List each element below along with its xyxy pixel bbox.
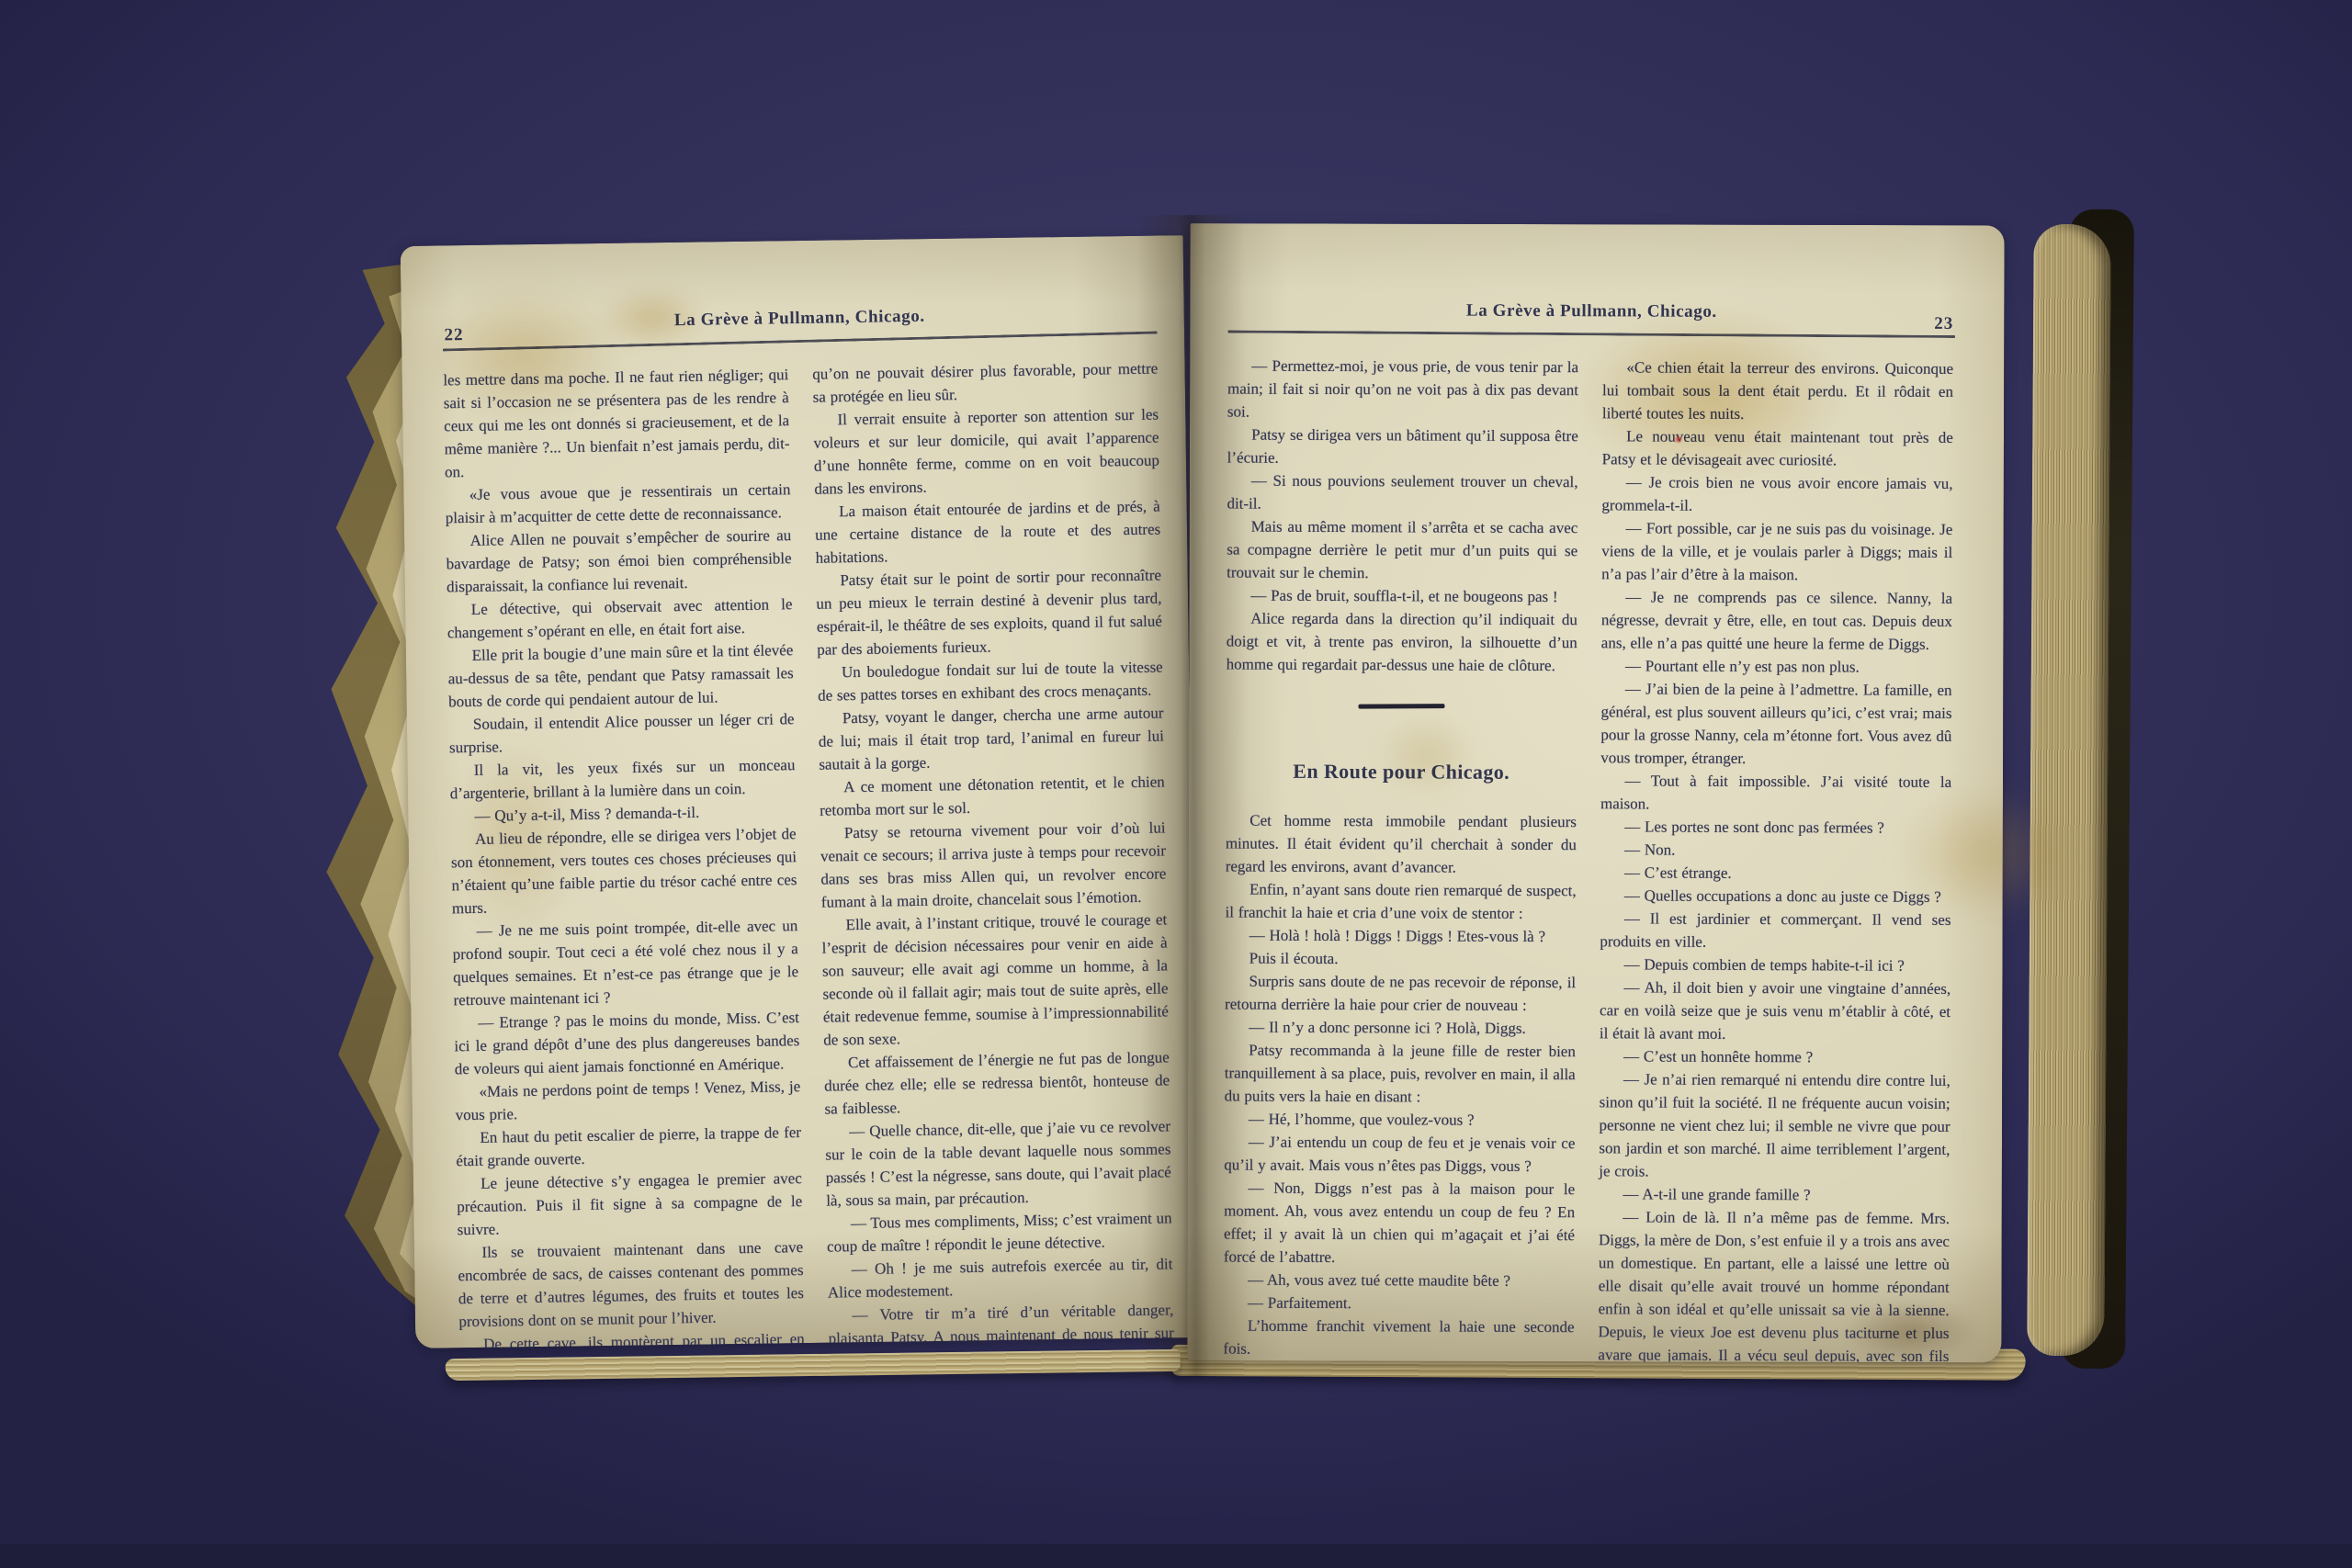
paragraph: En haut du petit escalier de pierre, la …: [456, 1121, 802, 1172]
red-ink-dot: [1674, 435, 1682, 444]
page-23: La Grève à Pullmann, Chicago. 23 — Perme…: [1187, 223, 2004, 1362]
paragraph: — Ah, il doit bien y avoir une vingtaine…: [1600, 976, 1951, 1046]
paragraph: Alice regarda dans la direction qu’il in…: [1227, 607, 1577, 678]
paragraph: Soudain, il entendit Alice pousser un lé…: [448, 707, 795, 759]
paragraph: — Pourtant elle n’y est pas non plus.: [1601, 654, 1952, 679]
paragraph: — Quelles occupations a donc au juste ce…: [1600, 884, 1951, 908]
paragraph: Patsy était sur le point de sortir pour …: [816, 563, 1163, 660]
paragraph: — Les portes ne sont donc pas fermées ?: [1600, 815, 1951, 840]
paragraph: Le nouveau venu était maintenant tout pr…: [1602, 424, 1953, 472]
paragraph: — Non, Diggs n’est pas à la maison pour …: [1224, 1177, 1575, 1270]
paragraph: Patsy se retourna vivement pour voir d’o…: [820, 816, 1167, 913]
paragraph: — Je ne comprends pas ce silence. Nanny,…: [1601, 585, 1952, 656]
section-divider-line: [1358, 704, 1444, 709]
paragraph: «Ce chien était la terreur des environs.…: [1602, 355, 1953, 426]
photo-of-open-book: { "colors":{ "background":"#34325b", "pa…: [0, 0, 2352, 1568]
paragraph: Patsy recommanda à la jeune fille de res…: [1225, 1039, 1576, 1110]
paragraph: «Mais ne perdons point de temps ! Venez,…: [455, 1075, 801, 1126]
paragraph: — Pas de bruit, souffla-t-il, et ne boug…: [1227, 584, 1577, 609]
paragraph: Surpris sans doute de ne pas recevoir de…: [1225, 970, 1576, 1018]
paragraph: — Etrange ? pas le moins du monde, Miss.…: [454, 1006, 800, 1080]
paragraph: Un bouledogue fondait sur lui de toute l…: [817, 655, 1163, 706]
running-title: La Grève à Pullmann, Chicago.: [1227, 300, 1955, 323]
paragraph: Patsy, voyant le danger, chercha une arm…: [818, 701, 1164, 775]
page-header: La Grève à Pullmann, Chicago. 23: [1227, 300, 1955, 334]
open-book: 22 La Grève à Pullmann, Chicago. les met…: [357, 215, 2108, 1376]
paragraph: — Permettez-moi, je vous prie, de vous t…: [1227, 355, 1578, 425]
page-number: 23: [1934, 314, 1953, 334]
paragraph: Elle prit la bougie d’une main sûre et l…: [447, 638, 794, 713]
paragraph: — Il est jardinier et commerçant. Il ven…: [1600, 907, 1951, 954]
paragraph: — Il n’y a donc personne ici ? Holà, Dig…: [1225, 1016, 1576, 1041]
paragraph: Patsy se dirigea vers un bâtiment qu’il …: [1227, 423, 1578, 471]
paragraph: — Je n’ai rien remarqué ni entendu dire …: [1599, 1067, 1951, 1184]
paragraph: — Ah, vous avez tué cette maudite bête ?: [1224, 1269, 1575, 1293]
paragraph: — Je ne me suis point trompée, dit-elle …: [452, 914, 799, 1011]
paragraph: Le détective, qui observait avec attenti…: [447, 592, 793, 644]
paragraph: Enfin, n’ayant sans doute rien remarqué …: [1225, 878, 1576, 926]
paragraph: Cet homme resta immobile pendant plusieu…: [1226, 809, 1577, 880]
paragraph: — Si nous pouvions seulement trouver un …: [1227, 469, 1577, 517]
text-column-left: les mettre dans ma poche. Il ne faut rie…: [443, 363, 807, 1348]
paragraph: — J’ai entendu un coup de feu et je vena…: [1224, 1131, 1575, 1179]
paragraph: Elle avait, à l’instant critique, trouvé…: [821, 908, 1169, 1051]
page-22: 22 La Grève à Pullmann, Chicago. les met…: [401, 235, 1199, 1348]
paragraph: — A-t-il une grande famille ?: [1599, 1182, 1950, 1207]
paragraph: — Fort possible, car je ne suis pas du v…: [1601, 516, 1952, 587]
paragraph: — Quelle chance, dit-elle, que j’aie vu …: [825, 1114, 1172, 1212]
paragraph: Il la vit, les yeux fixés sur un monceau…: [449, 753, 796, 805]
paragraph: — Tous mes compliments, Miss; c’est vrai…: [826, 1206, 1172, 1258]
paragraph: — Hé, l’homme, que voulez-vous ?: [1224, 1108, 1575, 1133]
paragraph: Ils se trouvaient maintenant dans une ca…: [458, 1235, 805, 1333]
paragraph: «Je vous avoue que je ressentirais un ce…: [445, 478, 791, 529]
text-column-left: — Permettez-moi, je vous prie, de vous t…: [1223, 355, 1578, 1363]
paragraph: Il verrait ensuite à reporter son attent…: [813, 403, 1160, 501]
paragraph: — Parfaitement.: [1224, 1292, 1575, 1316]
paragraph: Mais au même moment il s’arrêta et se ca…: [1227, 515, 1577, 586]
paragraph: — Non.: [1600, 838, 1951, 863]
paragraph: — Holà ! holà ! Diggs ! Diggs ! Etes-vou…: [1225, 924, 1576, 949]
chapter-start-text: Cet homme resta immobile pendant plusieu…: [1223, 809, 1577, 1363]
paragraph: — Je crois bien ne vous avoir encore jam…: [1601, 470, 1952, 518]
paragraph: Puis il écouta.: [1225, 947, 1576, 972]
paragraph: Au lieu de répondre, elle se dirigea ver…: [450, 822, 797, 919]
paragraph: — J’ai bien de la peine à l’admettre. La…: [1600, 677, 1951, 771]
text-column-right: qu’on ne pouvait désirer plus favorable,…: [812, 357, 1176, 1348]
book-fore-edge-pages: [2027, 224, 2111, 1356]
section-end-text: — Permettez-moi, je vous prie, de vous t…: [1227, 355, 1579, 678]
paragraph: Alice Allen ne pouvait s’empêcher de sou…: [446, 524, 792, 598]
text-column-right: «Ce chien était la terreur des environs.…: [1598, 355, 1953, 1362]
photo-bottom-shadow: [0, 1544, 2352, 1568]
paragraph: — Loin de là. Il n’a même pas de femme. …: [1598, 1205, 1950, 1362]
paragraph: — Oh ! je me suis autrefois exercée au t…: [827, 1252, 1173, 1303]
running-title: La Grève à Pullmann, Chicago.: [442, 303, 1157, 335]
paragraph: — Depuis combien de temps habite-t-il ic…: [1600, 953, 1951, 977]
paragraph: — C’est un honnête homme ?: [1600, 1044, 1951, 1069]
paragraph: Le jeune détective s’y engagea le premie…: [457, 1167, 803, 1241]
paragraph: — Votre tir m’a tiré d’un véritable dang…: [828, 1298, 1175, 1348]
paragraph: L’homme franchit vivement la haie une se…: [1223, 1314, 1574, 1362]
chapter-heading: En Route pour Chicago.: [1226, 760, 1577, 785]
paragraph: Cet affaissement de l’énergie ne fut pas…: [824, 1045, 1170, 1120]
paragraph: qu’on ne pouvait désirer plus favorable,…: [812, 357, 1159, 409]
paragraph: — C’est étrange.: [1600, 861, 1951, 886]
paragraph: — Tout à fait impossible. J’ai visité to…: [1600, 769, 1951, 817]
paragraph: les mettre dans ma poche. Il ne faut rie…: [443, 363, 790, 483]
paragraph: La maison était entourée de jardins et d…: [815, 495, 1161, 570]
paragraph: A ce moment une détonation retentit, et …: [820, 770, 1166, 821]
